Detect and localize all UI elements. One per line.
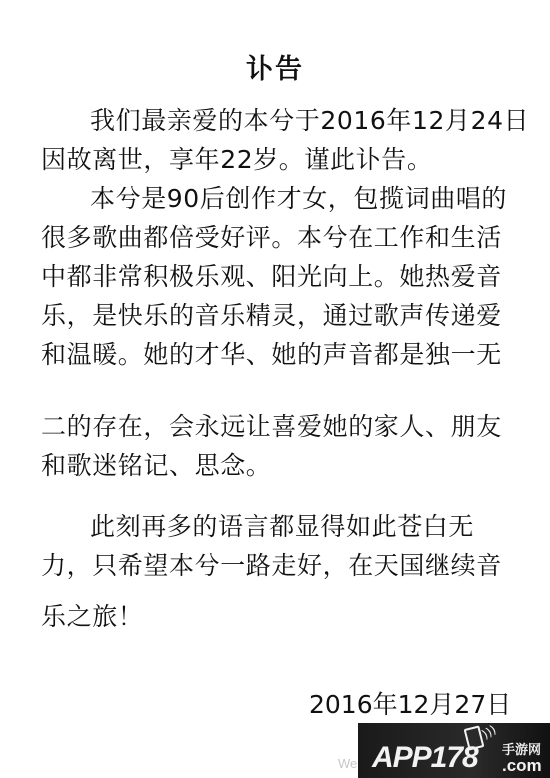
body-line: 很多歌曲都倍受好评。本兮在工作和生活 (41, 221, 502, 255)
watermark-cn: 手游网 (502, 743, 542, 757)
body-line: 因故离世，享年22岁。谨此讣告。 (41, 143, 432, 177)
body-line: 力，只希望本兮一路走好，在天国继续音 (41, 549, 502, 583)
body-line: 中都非常积极乐观、阳光向上。她热爱音 (41, 260, 502, 294)
body-line: 二的存在，会永远让喜爱她的家人、朋友 (41, 410, 502, 444)
document-title: 讣告 (0, 52, 550, 88)
watermark-ghost-text: We (338, 756, 357, 771)
body-line: 乐，是快乐的音乐精灵，通过歌声传递爱 (41, 299, 502, 333)
watermark-logo: APP178 (372, 741, 478, 775)
body-line: 本兮是90后创作才女，包揽词曲唱的 (90, 182, 507, 216)
body-line: 此刻再多的语言都显得如此苍白无 (90, 510, 474, 544)
obituary-document: 讣告 我们最亲爱的本兮于2016年12月24日 因故离世，享年22岁。谨此讣告。… (0, 0, 550, 778)
watermark-side: 手游网 .com (502, 743, 542, 773)
body-line: 我们最亲爱的本兮于2016年12月24日 (90, 104, 529, 138)
body-line: 和温暖。她的才华、她的声音都是独一无 (41, 338, 502, 372)
app178-watermark: ))) APP178 手游网 .com (358, 723, 550, 778)
body-line: 乐之旅！ (41, 600, 143, 634)
document-date: 2016年12月27日 (309, 688, 511, 722)
body-line: 和歌迷铭记、思念。 (41, 449, 271, 483)
watermark-domain: .com (502, 759, 542, 773)
